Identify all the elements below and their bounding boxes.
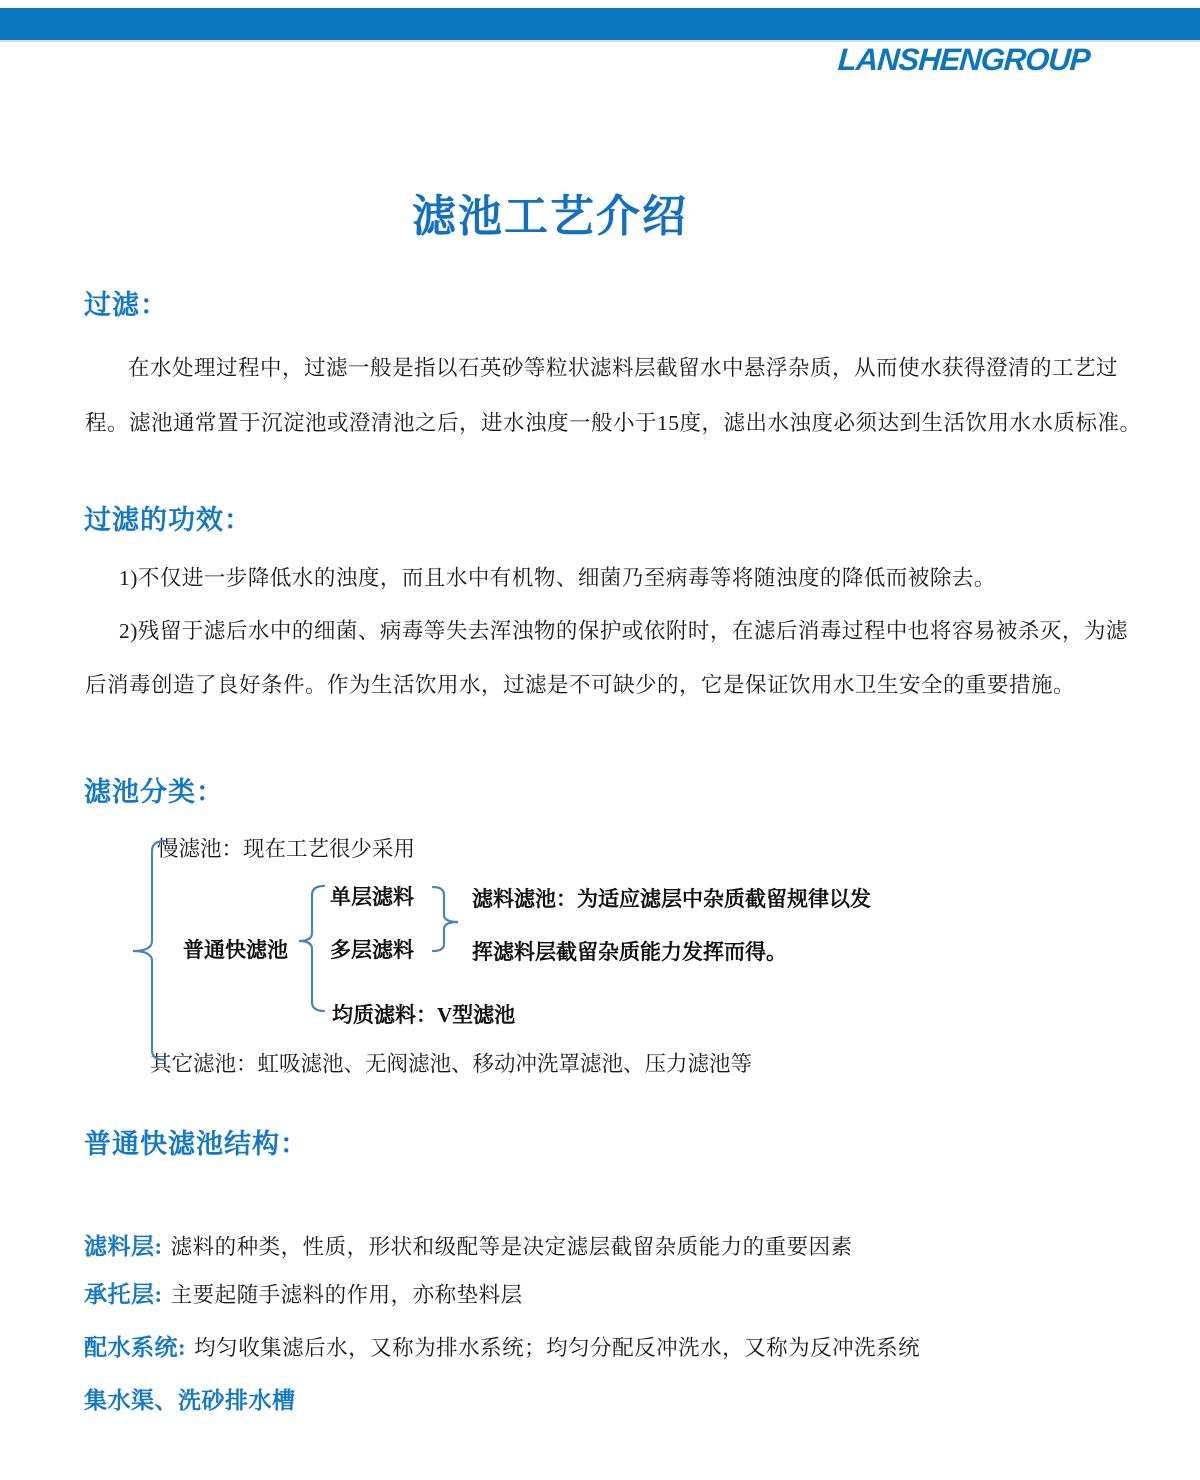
section-heading-effect: 过滤的功效： bbox=[84, 498, 252, 537]
structure-item-text: 均匀收集滤后水，又称为排水系统；均匀分配反冲洗水，又称为反冲洗系统 bbox=[194, 1336, 920, 1360]
structure-item: 配水系统:均匀收集滤后水，又称为排水系统；均匀分配反冲洗水，又称为反冲洗系统 bbox=[84, 1329, 920, 1362]
structure-item-label: 滤料层: bbox=[84, 1234, 163, 1259]
structure-item-label: 集水渠、洗砂排水槽 bbox=[84, 1388, 296, 1413]
structure-item-label: 承托层: bbox=[84, 1282, 163, 1307]
brace-right bbox=[433, 887, 458, 951]
structure-item-text: 主要起随手滤料的作用，亦称垫料层 bbox=[171, 1283, 523, 1307]
effect-point-2-line: 后消毒创造了良好条件。作为生活饮用水，过滤是不可缺少的，它是保证饮用水卫生安全的… bbox=[85, 668, 1075, 699]
document-page: { "header": { "logo": "LANSHENGROUP" }, … bbox=[0, 0, 1200, 1480]
company-logo: LANSHENGROUP bbox=[837, 42, 1091, 78]
structure-item: 承托层:主要起随手滤料的作用，亦称垫料层 bbox=[84, 1276, 523, 1309]
structure-item-label: 配水系统: bbox=[84, 1335, 186, 1360]
structure-item: 滤料层:滤料的种类，性质，形状和级配等是决定滤层截留杂质能力的重要因素 bbox=[84, 1228, 853, 1261]
section-heading-structure: 普通快滤池结构： bbox=[84, 1122, 308, 1161]
diagram-note-line: 滤料滤池：为适应滤层中杂质截留规律以发 bbox=[472, 883, 871, 913]
structure-item-text: 滤料的种类，性质，形状和级配等是决定滤层截留杂质能力的重要因素 bbox=[171, 1235, 853, 1259]
effect-point-1: 1)不仅进一步降低水的浊度，而且水中有机物、细菌乃至病毒等将随浊度的降低而被除去… bbox=[119, 561, 996, 592]
section-heading-filtration: 过滤： bbox=[84, 283, 168, 322]
brace-left bbox=[133, 841, 165, 1060]
structure-item: 集水渠、洗砂排水槽 bbox=[84, 1382, 304, 1415]
effect-point-2-line: 2)残留于滤后水中的细菌、病毒等失去浑浊物的保护或依附时，在滤后消毒过程中也将容… bbox=[119, 614, 1128, 645]
section-heading-classification: 滤池分类： bbox=[84, 770, 224, 809]
filtration-paragraph-line: 程。滤池通常置于沉淀池或澄清池之后，进水浊度一般小于15度，滤出水浊度必须达到生… bbox=[85, 406, 1142, 437]
header-bar bbox=[0, 8, 1200, 42]
diagram-note-line: 挥滤料层截留杂质能力发挥而得。 bbox=[472, 936, 787, 966]
diagram-braces bbox=[125, 825, 470, 1075]
page-title: 滤池工艺介绍 bbox=[0, 180, 1100, 244]
brace-middle bbox=[299, 886, 324, 1011]
filtration-paragraph-line: 在水处理过程中，过滤一般是指以石英砂等粒状滤料层截留水中悬浮杂质，从而使水获得澄… bbox=[128, 351, 1118, 382]
